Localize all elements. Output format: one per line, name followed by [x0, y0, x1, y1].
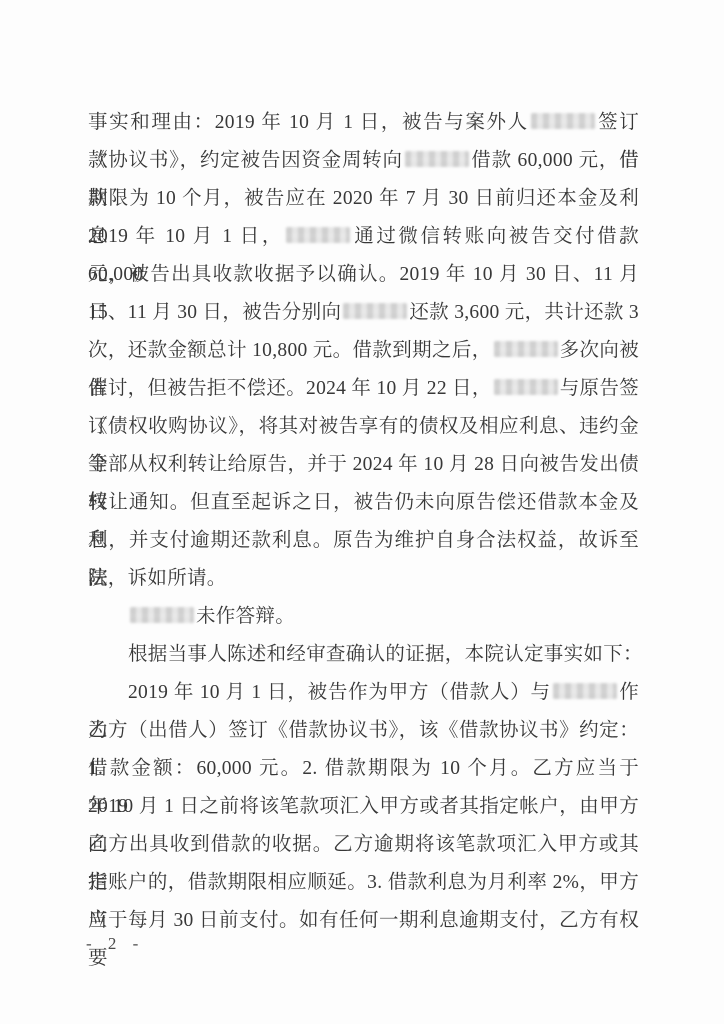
text-line: 乙方（出借人）签订《借款协议书》，该《借款协议书》约定：1.: [88, 712, 639, 750]
text-segment: 院，诉如所请。: [88, 568, 227, 589]
judgment-document-page: 事实和理由：2019 年 10 月 1 日，被告与案外人签订《借款协议书》，约定…: [0, 0, 724, 1024]
text-segment: 未作答辩。: [196, 606, 295, 627]
text-line: 元，被告出具收款收据予以确认。2019 年 10 月 30 日、11 月 15: [88, 256, 639, 294]
page-number: - 2 -: [86, 934, 144, 954]
document-lines: 事实和理由：2019 年 10 月 1 日，被告与案外人签订《借款协议书》，约定…: [88, 104, 639, 940]
text-segment: 次，还款金额总计 10,800 元。借款到期之后，: [88, 340, 492, 361]
text-line: 款协议书》，约定被告因资金周转向借款 60,000 元，借款: [88, 142, 639, 180]
text-line: 2019 年 10 月 1 日，通过微信转账向被告交付借款 60,000: [88, 218, 639, 256]
redaction-blur: [343, 303, 407, 319]
text-line: 息，并支付逾期还款利息。原告为维护自身合法权益，故诉至法: [88, 522, 639, 560]
redaction-blur: [494, 379, 558, 395]
redaction-blur: [553, 683, 617, 699]
text-line: 当于每月 30 日前支付。如有任何一期利息逾期支付，乙方有权要: [88, 902, 639, 940]
text-segment: 2019 年 10 月 1 日，被告作为甲方（借款人）与: [128, 682, 551, 703]
text-line: 《债权收购协议》，将其对被告享有的债权及相应利息、违约金等: [88, 408, 639, 446]
text-segment: 2019 年 10 月 1 日，: [88, 226, 284, 247]
redaction-blur: [405, 151, 469, 167]
text-line: 事实和理由：2019 年 10 月 1 日，被告与案外人签订《借: [88, 104, 639, 142]
text-line: 日、11 月 30 日，被告分别向还款 3,600 元，共计还款 3: [88, 294, 639, 332]
text-line: 催讨，但被告拒不偿还。2024 年 10 月 22 日，与原告签订: [88, 370, 639, 408]
text-line: 次，还款金额总计 10,800 元。借款到期之后，多次向被告: [88, 332, 639, 370]
text-line: 年 10 月 1 日之前将该笔款项汇入甲方或者其指定帐户，由甲方向: [88, 788, 639, 826]
text-line: 定账户的，借款期限相应顺延。3. 借款利息为月利率 2%，甲方应: [88, 864, 639, 902]
text-line: 转让通知。但直至起诉之日，被告仍未向原告偿还借款本金及利: [88, 484, 639, 522]
redaction-blur: [286, 227, 350, 243]
text-line: 未作答辩。: [88, 598, 639, 636]
text-line: 全部从权利转让给原告，并于 2024 年 10 月 28 日向被告发出债权: [88, 446, 639, 484]
text-segment: 根据当事人陈述和经审查确认的证据，本院认定事实如下：: [128, 644, 643, 665]
text-segment: 日、11 月 30 日，被告分别向: [88, 302, 341, 323]
text-line: 借款金额：60,000 元。2. 借款期限为 10 个月。乙方应当于 2019: [88, 750, 639, 788]
text-line: 期限为 10 个月，被告应在 2020 年 7 月 30 日前归还本金及利息。: [88, 180, 639, 218]
redaction-blur: [531, 113, 595, 129]
text-line: 根据当事人陈述和经审查确认的证据，本院认定事实如下：: [88, 636, 639, 674]
text-line: 院，诉如所请。: [88, 560, 639, 598]
text-line: 2019 年 10 月 1 日，被告作为甲方（借款人）与作为: [88, 674, 639, 712]
text-segment: 款协议书》，约定被告因资金周转向: [88, 150, 403, 171]
redaction-blur: [130, 607, 194, 623]
text-segment: 事实和理由：2019 年 10 月 1 日，被告与案外人: [88, 112, 529, 133]
text-line: 乙方出具收到借款的收据。乙方逾期将该笔款项汇入甲方或其指: [88, 826, 639, 864]
text-segment: 催讨，但被告拒不偿还。2024 年 10 月 22 日，: [88, 378, 492, 399]
text-segment: 还款 3,600 元，共计还款 3: [409, 302, 639, 323]
text-segment: 当于每月 30 日前支付。如有任何一期利息逾期支付，乙方有权要: [88, 910, 639, 969]
redaction-blur: [494, 341, 558, 357]
